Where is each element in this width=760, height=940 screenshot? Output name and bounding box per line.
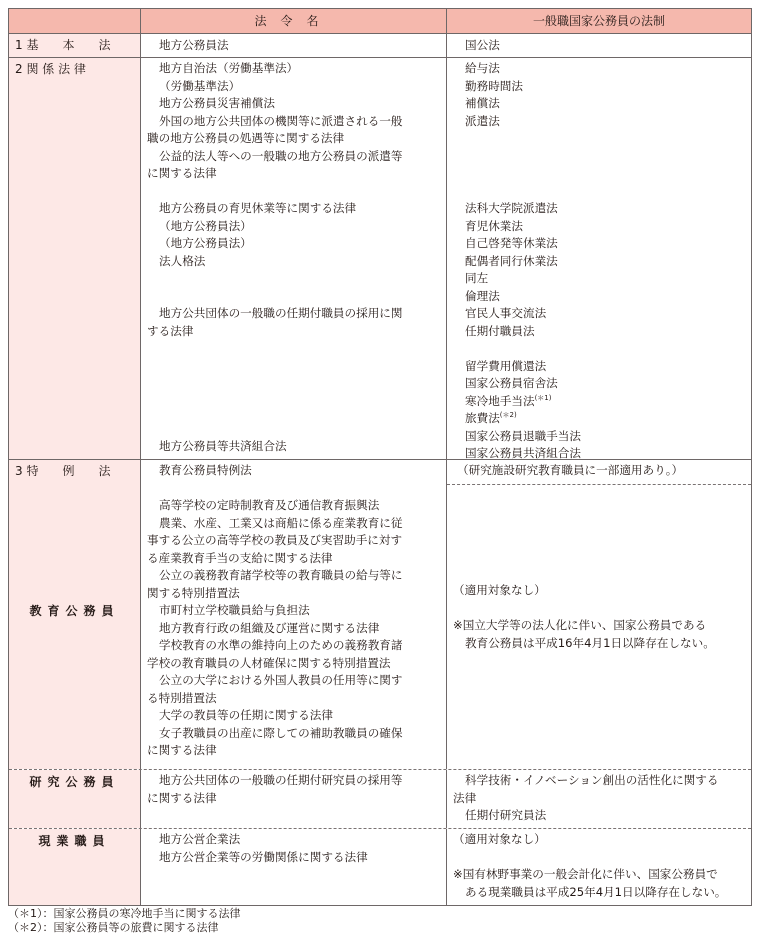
national-law-footnoted: 旅費法(＊2) — [453, 410, 747, 428]
local-law: 地方公務員等共済組合法 — [147, 438, 287, 456]
header-category — [9, 9, 141, 33]
local-law: 公立の大学における外国人教員の任用等に関す — [147, 672, 442, 690]
national-law: 勤務時間法 — [453, 78, 747, 96]
table-row-related-laws: 2 関 係 法 律 地方自治法（労働基準法） （労働基準法） 地方公務員災害補償… — [9, 57, 751, 459]
national-law: 配偶者同行休業法 — [453, 253, 747, 271]
national-law: 国家公務員宿舎法 — [453, 375, 747, 393]
national-law: 任期付職員法 — [453, 323, 747, 341]
local-law: 市町村立学校職員給与負担法 — [147, 602, 442, 620]
row-label: 2 関 係 法 律 — [9, 58, 140, 80]
note: ※国立大学等の法人化に伴い、国家公務員である — [453, 617, 751, 635]
note-cont: 教育公務員は平成16年4月1日以降存在しない。 — [453, 635, 751, 653]
local-law: 地方公共団体の一般職の任期付研究員の採用等 — [147, 772, 442, 790]
local-law: 学校教育の水準の維持向上のための義務教育諸 — [147, 637, 442, 655]
national-law: 官民人事交流法 — [453, 305, 747, 323]
local-law: 公立の義務教育諸学校等の教育職員の給与等に — [147, 567, 442, 585]
not-applicable: （適用対象なし） — [453, 831, 747, 849]
national-law: 科学技術・イノベーション創出の活性化に関する — [453, 772, 747, 790]
local-law-cont: に関する法律 — [147, 742, 442, 760]
national-law: 留学費用償還法 — [453, 358, 747, 376]
local-law-cont: 関する特別措置法 — [147, 585, 442, 603]
local-law: 地方公共団体の一般職の任期付職員の採用に関 — [147, 305, 442, 323]
local-law: 教育公務員特例法 — [147, 462, 442, 480]
header-national-law: 一般職国家公務員の法制 — [447, 9, 751, 33]
local-law: 地方公務員災害補償法 — [147, 95, 442, 113]
local-law: 地方公営企業法 — [147, 831, 442, 849]
national-law: 育児休業法 — [453, 218, 747, 236]
local-law-cont: 学校の教育職員の人材確保に関する特別措置法 — [147, 655, 442, 673]
local-law: 農業、水産、工業又は商船に係る産業教育に従 — [147, 515, 442, 533]
national-law-cont: 法律 — [453, 790, 747, 808]
local-law-cont: に関する法律 — [147, 790, 442, 808]
local-law-cont: る特別措置法 — [147, 690, 442, 708]
local-law-cont: 事する公立の高等学校の教員及び実習助手に対す — [147, 532, 442, 550]
local-law: 地方公務員の育児休業等に関する法律 — [147, 200, 442, 218]
footnote-mark: (＊2) — [500, 411, 517, 419]
sub-category-label: 教育公務員 — [9, 602, 140, 619]
row-label: 3 特 例 法 — [9, 460, 140, 482]
local-law: （労働基準法） — [147, 78, 442, 96]
law-name: 寒冷地手当法 — [465, 394, 535, 408]
footnote-1: （＊1）：国家公務員の寒冷地手当に関する法律 — [8, 907, 241, 920]
sub-category-label: 現業職員 — [9, 829, 140, 849]
local-law: 地方公営企業等の労働関係に関する法律 — [147, 849, 442, 867]
national-law-footnoted: 寒冷地手当法(＊1) — [453, 393, 747, 411]
local-law: 地方教育行政の組織及び運営に関する法律 — [147, 620, 442, 638]
national-law: 自己啓発等休業法 — [453, 235, 747, 253]
footnote-2: （＊2）：国家公務員等の旅費に関する法律 — [8, 921, 219, 934]
note: ※国有林野事業の一般会計化に伴い、国家公務員で — [453, 866, 747, 884]
local-law: （地方公務員法） — [147, 218, 442, 236]
table-row-special-education: 3 特 例 法 教育公務員 教育公務員特例法 高等学校の定時制教育及び通信教育振… — [9, 459, 751, 769]
row-label: 1 基 本 法 — [9, 34, 140, 56]
sub-category-label: 研究公務員 — [9, 770, 140, 790]
national-law: 倫理法 — [453, 288, 747, 306]
local-law: 高等学校の定時制教育及び通信教育振興法 — [147, 497, 442, 515]
local-law: （地方公務員法） — [147, 235, 442, 253]
table-row-basic-law: 1 基 本 法 地方公務員法 国公法 — [9, 33, 751, 57]
national-law: 国公法 — [453, 37, 747, 55]
local-law-cont: する法律 — [147, 323, 442, 341]
national-law: 任期付研究員法 — [453, 807, 747, 825]
national-law: 同左 — [453, 270, 747, 288]
national-law: 派遣法 — [453, 113, 747, 131]
table-row-enterprise: 現業職員 地方公営企業法 地方公営企業等の労働関係に関する法律 （適用対象なし）… — [9, 828, 751, 905]
national-law: 法科大学院派遣法 — [453, 200, 747, 218]
national-law: 給与法 — [453, 60, 747, 78]
not-applicable: （適用対象なし） — [453, 582, 751, 600]
national-law: 補償法 — [453, 95, 747, 113]
table-header: 法令名 一般職国家公務員の法制 — [9, 9, 751, 33]
local-law: 女子教職員の出産に際しての補助教職員の確保 — [147, 725, 442, 743]
footnote-mark: (＊1) — [535, 394, 552, 402]
local-law-cont: に関する法律 — [147, 165, 442, 183]
law-name: 旅費法 — [465, 411, 500, 425]
local-law: 公益的法人等への一般職の地方公務員の派遣等 — [147, 148, 442, 166]
local-law-cont: る産業教育手当の支給に関する法律 — [147, 550, 442, 568]
table-row-research: 研究公務員 地方公共団体の一般職の任期付研究員の採用等 に関する法律 科学技術・… — [9, 769, 751, 828]
local-law: 外国の地方公共団体の機関等に派遣される一般 — [147, 113, 442, 131]
national-law: 国家公務員退職手当法 — [453, 428, 747, 446]
local-law-cont: 職の地方公務員の処遇等に関する法律 — [147, 130, 442, 148]
local-law: 大学の教員等の任期に関する法律 — [147, 707, 442, 725]
national-note: （研究施設研究教育職員に一部適用あり。） — [447, 460, 751, 484]
law-comparison-table: 法令名 一般職国家公務員の法制 1 基 本 法 地方公務員法 国公法 2 関 係… — [8, 8, 752, 906]
header-law-name: 法令名 — [141, 9, 447, 33]
local-law: 法人格法 — [147, 253, 442, 271]
local-law: 地方自治法（労働基準法） — [147, 60, 442, 78]
local-law: 地方公務員法 — [147, 37, 442, 55]
note-cont: ある現業職員は平成25年4月1日以降存在しない。 — [453, 884, 747, 902]
